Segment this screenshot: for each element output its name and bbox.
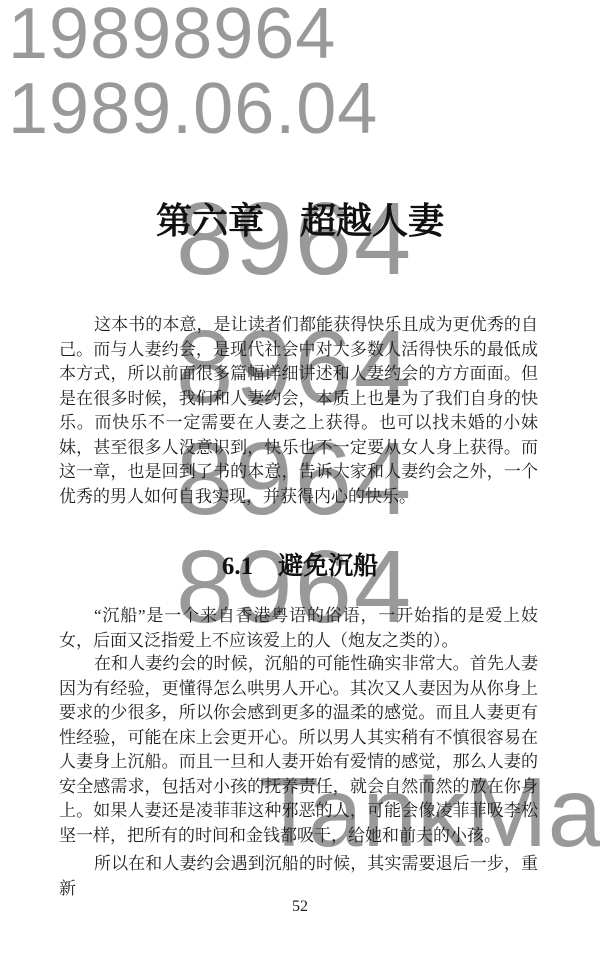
section-heading: 6.1 避免沉船 <box>0 552 600 582</box>
page-number: 52 <box>0 898 600 916</box>
watermark-serial-number: 19898964 <box>8 0 336 70</box>
watermark-date: 1989.06.04 <box>8 73 378 145</box>
section-paragraph: 在和人妻约会的时候，沉船的可能性确实非常大。首先人妻因为有经验，更懂得怎么哄男人… <box>59 652 538 848</box>
book-page: 19898964 1989.06.04 8964 8964 8964 8964 … <box>0 0 600 960</box>
chapter-intro-paragraph: 这本书的本意，是让读者们都能获得快乐且成为更优秀的自己。而与人妻约会，是现代社会… <box>59 313 538 509</box>
chapter-title: 第六章 超越人妻 <box>0 199 600 242</box>
section-paragraph: “沉船”是一个来自香港粤语的俗语，一开始指的是爱上妓女，后面又泛指爱上不应该爱上… <box>59 604 538 653</box>
section-paragraph: 所以在和人妻约会遇到沉船的时候，其实需要退后一步，重新 <box>59 852 538 901</box>
